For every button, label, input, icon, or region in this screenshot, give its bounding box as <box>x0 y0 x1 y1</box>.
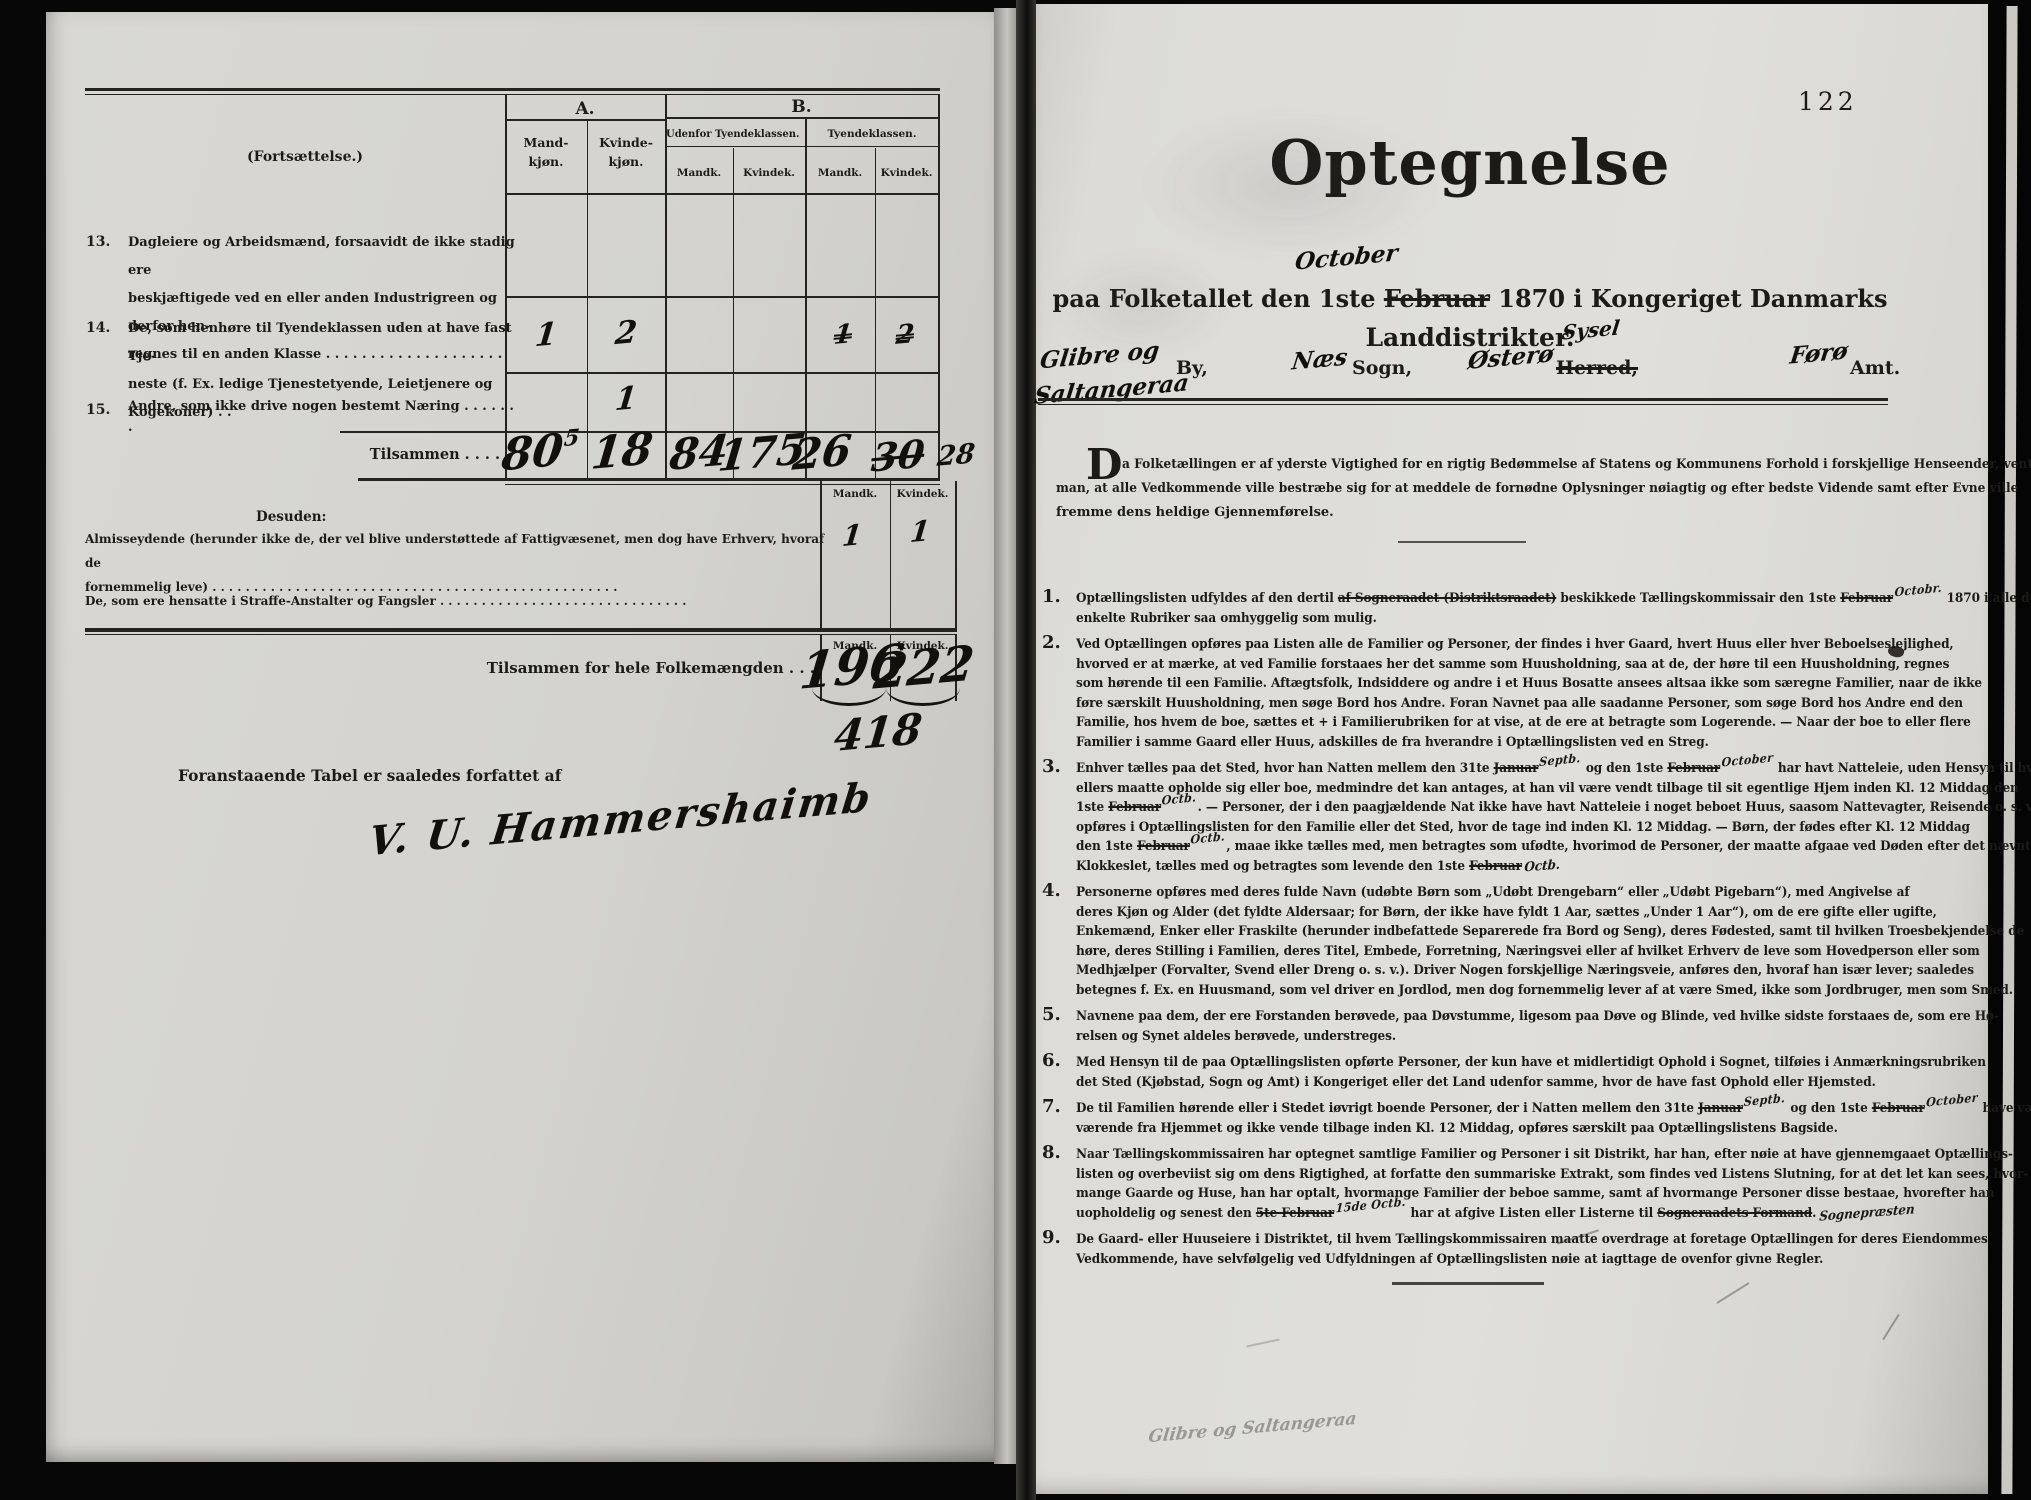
printed-text: De til Familien hørende eller i Stedet i… <box>1076 1101 1698 1116</box>
instruction-item-9: 9.De Gaard- eller Huuseiere i Distriktet… <box>1042 1230 1962 1269</box>
tilsammen-a-mand: 805 <box>499 426 580 478</box>
rule <box>1038 404 1888 405</box>
print-by-label: By, <box>1176 353 1208 383</box>
row-number: 15. <box>86 399 110 421</box>
section-b-header: B. <box>665 94 938 121</box>
printed-text: enkelte Rubriker saa omhyggelig som muli… <box>1076 611 1377 626</box>
printed-text: har havt Natteleie, uden Hensyn til hvor… <box>1774 761 2031 776</box>
item-text-line: hvorved er at mærke, at ved Familie fors… <box>1076 655 1900 675</box>
instruction-item-8: 8.Naar Tællingskommissairen har optegnet… <box>1042 1145 1962 1223</box>
item-text-line: Klokkeslet, tælles med og betragtes som … <box>1076 857 1900 877</box>
attestation-text: Foranstaaende Tabel er saaledes forfatte… <box>178 764 561 789</box>
printed-text: have været fra- <box>1978 1101 2031 1116</box>
row-14-tyende-mand-value-struck: 1 <box>833 321 854 349</box>
item-text-line: Familier i samme Gaard eller Huus, adski… <box>1076 733 1900 753</box>
grand-total-label: Tilsammen for hele Folkemængden . . . <box>400 656 815 680</box>
printed-text: Familie, hos hvem de boe, sættes et + i … <box>1076 715 1971 730</box>
item-text-line: uopholdelig og senest den 5te Februar15d… <box>1076 1204 1900 1224</box>
printed-text: Personerne opføres med deres fulde Navn … <box>1076 885 1909 900</box>
item-text-line: listen og overbeviist sig om dens Rigtig… <box>1076 1165 1900 1185</box>
item-text-line: Medhjælper (Forvalter, Svend eller Dreng… <box>1076 961 1900 981</box>
printed-text: 1ste <box>1076 800 1108 815</box>
group-tyende-header: Tyendeklassen. <box>806 126 938 143</box>
group-udenfor-tyende-header: Udenfor Tyendeklassen. <box>666 126 798 143</box>
short-divider-rule <box>1398 541 1526 543</box>
tilsammen-label: Tilsammen . . . . <box>300 443 500 466</box>
intro-line-3: fremme dens heldige Gjennemførelse. <box>1056 503 1334 524</box>
instruction-item-4: 4.Personerne opføres med deres fulde Nav… <box>1042 883 1962 1000</box>
vline <box>587 121 588 481</box>
item-text-line: Enhver tælles paa det Sted, hvor han Nat… <box>1076 759 1900 779</box>
item-number: 4. <box>1042 880 1061 901</box>
section-a-header: A. <box>505 96 665 123</box>
struck-text: Februar <box>1872 1101 1925 1116</box>
item-text-line: deres Kjøn og Alder (det fyldte Aldersaa… <box>1076 903 1900 923</box>
instruction-item-5: 5.Navnene paa dem, der ere Forstanden be… <box>1042 1007 1962 1046</box>
item-text-line: De Gaard- eller Huuseiere i Distriktet, … <box>1076 1230 1900 1250</box>
row-14-tyende-kvinde-value-struck: 2 <box>895 321 916 349</box>
item-text-line: Navnene paa dem, der ere Forstanden berø… <box>1076 1007 1900 1027</box>
page-number: 122 <box>1798 82 1858 122</box>
printed-text: og den 1ste <box>1582 761 1668 776</box>
item-text-line: betegnes f. Ex. en Huusmand, som vel dri… <box>1076 981 1900 1001</box>
subtitle-struck-februar: Februar <box>1384 284 1490 313</box>
item-text-line: Optællingslisten udfyldes af den dertil … <box>1076 589 1900 609</box>
printed-text: har at afgive Listen eller Listerne til <box>1406 1206 1657 1221</box>
row-14-a-mand-value: 1 <box>534 319 559 352</box>
instruction-item-6: 6.Med Hensyn til de paa Optællingslisten… <box>1042 1053 1962 1092</box>
print-sogn-label: Sogn, <box>1352 353 1412 383</box>
intro-line-1: a Folketællingen er af yderste Vigtighed… <box>1122 455 2031 476</box>
printed-text: Klokkeslet, tælles med og betragtes som … <box>1076 859 1469 874</box>
handwritten-correction: October <box>1721 748 1774 773</box>
item-text-line: værende fra Hjemmet og ikke vende tilbag… <box>1076 1119 1900 1139</box>
struck-text: Februar <box>1108 800 1161 815</box>
item-text-line: føre særskilt Huusholdning, men søge Bor… <box>1076 694 1900 714</box>
vline <box>890 481 891 628</box>
rule <box>505 484 940 485</box>
col-kvindekjon-header: Kvinde- kjøn. <box>587 134 665 172</box>
printed-text: Enkemænd, Enker eller Fraskilte (herunde… <box>1076 924 2024 939</box>
printed-text: deres Kjøn og Alder (det fyldte Aldersaa… <box>1076 905 1937 920</box>
printed-text: Med Hensyn til de paa Optællingslisten o… <box>1076 1055 1986 1070</box>
subtitle-post: 1870 i Kongeriget Danmarks <box>1490 284 1888 313</box>
sub-mandk-header: Mandk. <box>665 165 733 182</box>
handwritten-correction: Sognepræsten <box>1819 1200 1916 1227</box>
item-text-line: Familie, hos hvem de boe, sættes et + i … <box>1076 713 1900 733</box>
printed-text: Optællingslisten udfyldes af den dertil <box>1076 591 1338 606</box>
row-15-description: Andre, som ikke drive nogen bestemt Næri… <box>128 397 520 439</box>
instruction-item-7: 7.De til Familien hørende eller i Stedet… <box>1042 1099 1962 1138</box>
col-mandkjon-header: Mand- kjøn. <box>505 134 587 172</box>
rule <box>505 193 940 195</box>
instruction-item-3: 3.Enhver tælles paa det Sted, hvor han N… <box>1042 759 1962 876</box>
rule <box>505 296 940 298</box>
item-text-line: mange Gaarde og Huse, han har optalt, hv… <box>1076 1184 1900 1204</box>
printed-text: ellers maatte opholde sig eller boe, med… <box>1076 781 2019 796</box>
printed-text: hvorved er at mærke, at ved Familie fors… <box>1076 657 1949 672</box>
hand-county: Førø <box>1789 339 1850 367</box>
almisse-kvinde-value: 1 <box>909 517 931 547</box>
handwritten-correction: Octb. <box>1162 788 1198 811</box>
bleedthrough-smudge <box>1140 110 1440 260</box>
printed-text: De Gaard- eller Huuseiere i Distriktet, … <box>1076 1232 1988 1247</box>
printed-text: værende fra Hjemmet og ikke vende tilbag… <box>1076 1121 1838 1136</box>
item-text-line: Naar Tællingskommissairen har optegnet s… <box>1076 1145 1900 1165</box>
item-number: 8. <box>1042 1142 1061 1163</box>
item-text-line: Med Hensyn til de paa Optællingslisten o… <box>1076 1053 1900 1073</box>
struck-text: Februar <box>1840 591 1893 606</box>
sub-kvindek-header: Kvindek. <box>733 165 805 182</box>
struck-text: af Sogneraadet (Distriktsraadet) <box>1338 591 1556 606</box>
item-text-line: relsen og Synet aldeles berøvede, unders… <box>1076 1027 1900 1047</box>
item-text-line: Vedkommende, have selvfølgelig ved Udfyl… <box>1076 1250 1900 1270</box>
print-herred-label-struck: Herred, <box>1556 353 1638 383</box>
grand-total-combined: 418 <box>832 708 924 758</box>
printed-text: mange Gaarde og Huse, han har optalt, hv… <box>1076 1186 1994 1201</box>
instructions-list: 1.Optællingslisten udfyldes af den derti… <box>1042 575 1962 1276</box>
tilsammen-a-mand-superscript: 5 <box>563 424 581 452</box>
printed-text: Ved Optællingen opføres paa Listen alle … <box>1076 637 1954 652</box>
table-continuation-label: (Fortsættelse.) <box>230 146 380 168</box>
printed-text: den 1ste <box>1076 839 1137 854</box>
struck-text: Januar <box>1494 761 1539 776</box>
vline <box>665 94 667 481</box>
struck-text: Februar <box>1137 839 1190 854</box>
item-text-line: den 1ste FebruarOctb., maae ikke tælles … <box>1076 837 1900 857</box>
printed-text: , maae ikke tælles med, men betragtes so… <box>1226 839 2031 854</box>
bleedthrough-smudge <box>1050 250 1230 360</box>
item-text-line: De til Familien hørende eller i Stedet i… <box>1076 1099 1900 1119</box>
book-gutter <box>1016 0 1036 1500</box>
printed-text: listen og overbeviist sig om dens Rigtig… <box>1076 1167 2028 1182</box>
printed-text: Enhver tælles paa det Sted, hvor han Nat… <box>1076 761 1494 776</box>
almisse-mand-value: 1 <box>841 521 863 551</box>
item-text-line: Ved Optællingen opføres paa Listen alle … <box>1076 635 1900 655</box>
rule <box>85 628 957 632</box>
page-curl <box>994 8 1016 1464</box>
printed-text: relsen og Synet aldeles berøvede, unders… <box>1076 1029 1396 1044</box>
hand-sysel-above: Sysel <box>1561 317 1621 342</box>
handwritten-correction: Septb. <box>1539 749 1581 773</box>
tilsammen-tyende-kvinde-corrected: 28 <box>936 440 976 471</box>
item-number: 7. <box>1042 1096 1061 1117</box>
struck-text: Sogneraadets Formand <box>1657 1206 1812 1221</box>
instruction-item-2: 2.Ved Optællingen opføres paa Listen all… <box>1042 635 1962 752</box>
instruction-item-1: 1.Optællingslisten udfyldes af den derti… <box>1042 589 1962 628</box>
printed-text: Familier i samme Gaard eller Huus, adski… <box>1076 735 1709 750</box>
struck-text: Januar <box>1698 1101 1743 1116</box>
almisse-description: Almisseydende (herunder ikke de, der vel… <box>85 527 825 599</box>
vline <box>955 481 957 628</box>
printed-text: Medhjælper (Forvalter, Svend eller Dreng… <box>1076 963 1974 978</box>
printed-text: og den 1ste <box>1786 1101 1872 1116</box>
tilsammen-tyende-mand: 26 <box>791 429 854 477</box>
item-text-line: som hørende til een Familie. Aftægtsfolk… <box>1076 674 1900 694</box>
printed-text: betegnes f. Ex. en Huusmand, som vel dri… <box>1076 983 2013 998</box>
printed-text: føre særskilt Huusholdning, men søge Bor… <box>1076 696 1963 711</box>
rule <box>505 372 940 374</box>
handwritten-correction: Octobr. <box>1894 579 1942 603</box>
end-rule <box>1392 1282 1544 1285</box>
printed-text: som hørende til een Familie. Aftægtsfolk… <box>1076 676 1982 691</box>
item-number: 9. <box>1042 1227 1061 1248</box>
struck-text: Februar <box>1469 859 1522 874</box>
tilsammen-a-mand-main: 80 <box>499 424 565 481</box>
item-text-line: 1ste FebruarOctb.. — Personer, der i den… <box>1076 798 1900 818</box>
item-number: 3. <box>1042 756 1061 777</box>
item-number: 6. <box>1042 1050 1061 1071</box>
item-text-line: Personerne opføres med deres fulde Navn … <box>1076 883 1900 903</box>
rule <box>85 634 957 635</box>
struck-text: Februar <box>1667 761 1720 776</box>
printed-text: uopholdelig og senest den <box>1076 1206 1256 1221</box>
straffe-description: De, som ere hensatte i Straffe-Anstalter… <box>85 592 825 611</box>
handwritten-correction: Octb. <box>1524 855 1561 877</box>
row-14-a-kvinde-value: 2 <box>614 317 639 350</box>
rule <box>665 146 940 147</box>
sub-kvindek-header: Kvindek. <box>875 165 938 182</box>
printed-text: 1870 i alle dens <box>1942 591 2031 606</box>
hand-parish: Næs <box>1291 345 1349 373</box>
item-text-line: Enkemænd, Enker eller Fraskilte (herunde… <box>1076 922 1900 942</box>
rule <box>85 88 940 91</box>
printed-text: . — Personer, der i den paagjældende Nat… <box>1198 800 2031 815</box>
desuden-heading: Desuden: <box>256 507 327 529</box>
census-book-scan: (Fortsættelse.) A. B. Mand- kjøn. Kvinde… <box>0 0 2031 1500</box>
item-text-line: enkelte Rubriker saa omhyggelig som muli… <box>1076 609 1900 629</box>
printed-text: Navnene paa dem, der ere Forstanden berø… <box>1076 1009 1999 1024</box>
row-number: 13. <box>86 231 110 253</box>
item-text-line: høre, deres Stilling i Familien, deres T… <box>1076 942 1900 962</box>
intro-line-2: man, at alle Vedkommende ville bestræbe … <box>1056 479 2018 500</box>
print-amt-label: Amt. <box>1850 353 1900 383</box>
printed-text: Vedkommende, have selvfølgelig ved Udfyl… <box>1076 1252 1823 1267</box>
printed-text: det Sted (Kjøbstad, Sogn og Amt) i Konge… <box>1076 1075 1876 1090</box>
desuden-sub-kvindek: Kvindek. <box>890 486 955 503</box>
printed-text: beskikkede Tællingskommissair den 1ste <box>1556 591 1840 606</box>
vline <box>938 94 940 481</box>
printed-text: Naar Tællingskommissairen har optegnet s… <box>1076 1147 2013 1162</box>
rule <box>358 478 940 481</box>
handwritten-correction: Octb. <box>1190 827 1226 850</box>
tilsammen-tyende-kvinde-struck: 30 <box>870 434 927 477</box>
item-number: 5. <box>1042 1004 1061 1025</box>
printed-text: høre, deres Stilling i Familien, deres T… <box>1076 944 1980 959</box>
rule <box>1038 398 1888 401</box>
item-number: 2. <box>1042 632 1061 653</box>
desuden-sub-mandk: Mandk. <box>820 486 890 503</box>
tilsammen-a-kvinde: 18 <box>589 427 655 477</box>
struck-text: 5te Februar <box>1256 1206 1334 1221</box>
row-15-a-kvinde-value: 1 <box>614 383 639 416</box>
sub-mandk-header: Mandk. <box>805 165 875 182</box>
row-number: 14. <box>86 317 110 339</box>
item-number: 1. <box>1042 586 1061 607</box>
hand-district: Østerø <box>1467 342 1555 373</box>
handwritten-correction: Septb. <box>1743 1089 1785 1113</box>
item-text-line: ellers maatte opholde sig eller boe, med… <box>1076 779 1900 799</box>
printed-text: . <box>1812 1206 1816 1221</box>
